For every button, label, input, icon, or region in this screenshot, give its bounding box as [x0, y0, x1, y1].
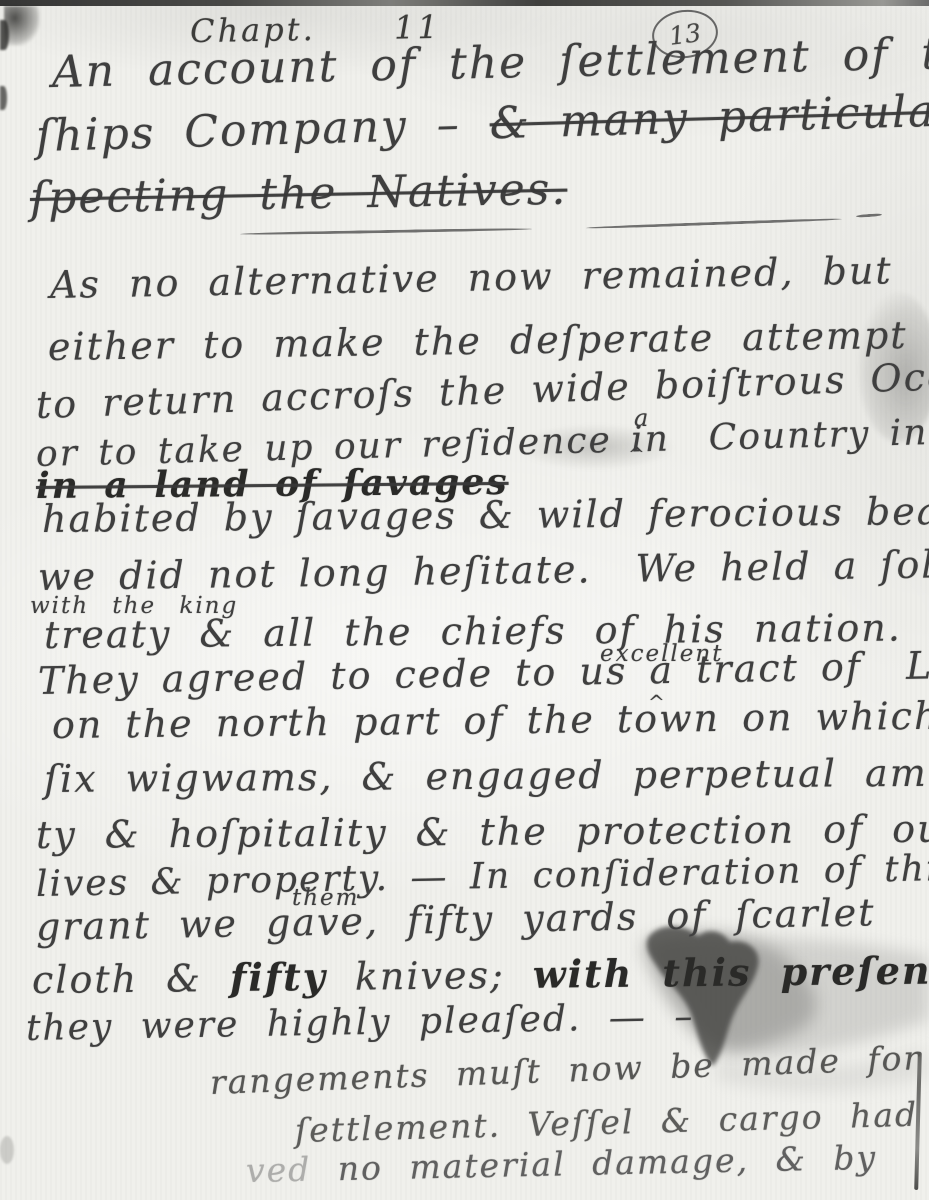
handwritten-text: they were highly pleaſed. — – [26, 996, 695, 1049]
handwritten-text: we did not long heſitate. We held a ſole… [38, 541, 929, 599]
struck-text: & many particulars re [489, 82, 929, 149]
manuscript-line: habited by ſavages & wild ferocious beaſ… [42, 492, 929, 540]
separator-dash [856, 213, 882, 218]
title-line-2: ſhips Company – & many particulars re [35, 85, 929, 160]
manuscript-line: rangements muſt now be made for [209, 1041, 921, 1100]
handwritten-text: ved [246, 1150, 312, 1190]
handwritten-text: ſhips Company – [35, 98, 490, 162]
manuscript-page: Chapt. 11 13 An account of the ſettlemen… [0, 0, 929, 1200]
handwritten-text: knives; [327, 953, 534, 999]
manuscript-line: cloth & fifty knives; with this preſent [32, 950, 929, 1001]
manuscript-line: As no alternative now remained, but [50, 251, 893, 306]
handwritten-text: with this preſent [533, 947, 929, 996]
handwritten-text: ^ [628, 442, 647, 466]
manuscript-line: ty & hoſpitality & the protection of our [36, 810, 929, 856]
handwritten-text: habited by ſavages & wild ferocious beaſ… [42, 489, 929, 541]
handwritten-text: fifty [230, 954, 327, 1000]
scan-corner-blot [4, 6, 40, 46]
title-line-3: ſpecting the Natives. [30, 167, 568, 223]
title-line-1: An account of the ſettlement of the [52, 30, 929, 96]
manuscript-line: they were highly pleaſed. — – [26, 998, 695, 1047]
handwritten-text: on the north part of the town on which w… [52, 693, 929, 747]
manuscript-line: we did not long heſitate. We held a ſole… [38, 544, 929, 598]
manuscript-line: on the north part of the town on which w… [52, 696, 929, 746]
separator-dash [240, 227, 532, 235]
insertion-a: a [634, 406, 650, 431]
scan-edge-mark [0, 1136, 14, 1164]
scan-edge-mark [0, 86, 7, 110]
scan-top-edge [0, 0, 929, 6]
scan-edge-mark [0, 20, 9, 50]
handwritten-text: As no alternative now remained, but [50, 248, 893, 307]
handwritten-text: An account of the ſettlement of the [51, 27, 929, 98]
handwritten-text: a [634, 404, 650, 432]
manuscript-line: ſix wigwams, & engaged perpetual ami- [44, 754, 929, 800]
separator-dash [586, 218, 842, 230]
handwritten-text: ſix wigwams, & engaged perpetual ami- [44, 751, 929, 801]
handwritten-text: ty & hoſpitality & the protection of our [36, 807, 929, 857]
handwritten-text: cloth & [32, 956, 230, 1002]
struck-text: ſpecting the Natives. [30, 164, 568, 224]
caret-mark: ^ [628, 444, 647, 465]
handwritten-text: rangements muſt now be made for [209, 1038, 922, 1102]
